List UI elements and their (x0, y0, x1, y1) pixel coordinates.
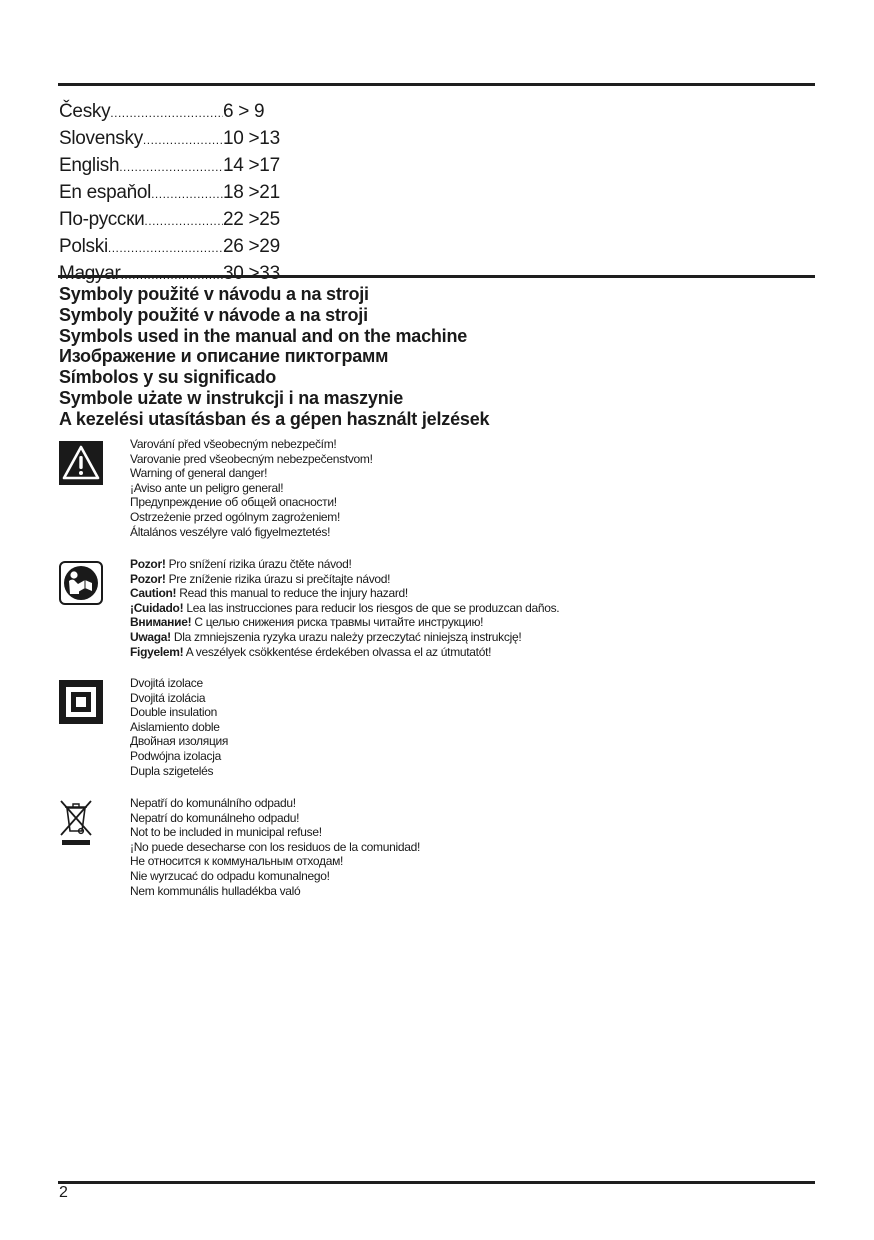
description-line: Varovanie pred všeobecným nebezpečenstvo… (130, 452, 373, 467)
heading-czech: Symboly použité v návodu a na stroji (59, 284, 489, 305)
heading-spanish: Símbolos y su significado (59, 367, 489, 388)
symbol-description: Pozor! Pro snížení rizika úrazu čtěte ná… (130, 557, 559, 659)
toc-page-range: 14 >17 (223, 153, 289, 178)
toc-language: Magyar (59, 261, 121, 286)
top-rule (58, 83, 815, 86)
double-insulation-icon (59, 680, 103, 724)
table-of-contents: Česky6 > 9 Slovensky10 >13 English14 >17… (59, 99, 289, 288)
description-line: Nie wyrzucać do odpadu komunalnego! (130, 869, 420, 884)
crossed-bin-icon (59, 798, 103, 842)
toc-page-range: 18 >21 (223, 180, 289, 205)
toc-language: Česky (59, 99, 110, 124)
description-line: Pozor! Pro snížení rizika úrazu čtěte ná… (130, 557, 559, 572)
description-line: Двойная изоляция (130, 734, 228, 749)
toc-leader (110, 101, 223, 126)
toc-page-range: 30 >33 (223, 261, 289, 286)
section-rule (58, 275, 815, 278)
description-line: Nem kommunális hulladékba való (130, 884, 420, 899)
toc-entry[interactable]: Slovensky10 >13 (59, 126, 289, 153)
toc-entry[interactable]: English14 >17 (59, 153, 289, 180)
footer-rule (58, 1181, 815, 1184)
description-line: Warning of general danger! (130, 466, 373, 481)
toc-entry[interactable]: По-русски22 >25 (59, 207, 289, 234)
description-line: Általános veszélyre való figyelmeztetés! (130, 525, 373, 540)
description-line: Caution! Read this manual to reduce the … (130, 586, 559, 601)
toc-leader (144, 209, 223, 234)
description-line: Figyelem! A veszélyek csökkentése érdeké… (130, 645, 559, 660)
symbols-headings: Symboly použité v návodu a na stroji Sym… (59, 284, 489, 430)
heading-hungarian: A kezelési utasításban és a gépen haszná… (59, 409, 489, 430)
heading-russian: Изображение и описание пиктограмм (59, 346, 489, 367)
description-line: Dvojitá izolace (130, 676, 228, 691)
toc-page-range: 22 >25 (223, 207, 289, 232)
toc-leader (143, 128, 223, 153)
description-line: Varování před všeobecným nebezpečím! (130, 437, 373, 452)
toc-leader (151, 182, 223, 207)
symbol-description: Nepatří do komunálního odpadu! Nepatrí d… (130, 796, 420, 898)
description-line: Dvojitá izolácia (130, 691, 228, 706)
description-line: Не относится к коммунальным отходам! (130, 854, 420, 869)
toc-leader (108, 236, 223, 261)
toc-leader (119, 155, 223, 180)
description-line: Предупреждение об общей опасности! (130, 495, 373, 510)
toc-page-range: 6 > 9 (223, 99, 289, 124)
toc-language: En espaňol (59, 180, 151, 205)
toc-entry[interactable]: Česky6 > 9 (59, 99, 289, 126)
toc-language: Slovensky (59, 126, 143, 151)
symbol-description: Varování před všeobecným nebezpečím! Var… (130, 437, 373, 539)
heading-english: Symbols used in the manual and on the ma… (59, 326, 489, 347)
toc-language: English (59, 153, 119, 178)
description-line: Nepatrí do komunálneho odpadu! (130, 811, 420, 826)
toc-page-range: 10 >13 (223, 126, 289, 151)
description-line: Pozor! Pre zníženie rizika úrazu si preč… (130, 572, 559, 587)
description-line: Double insulation (130, 705, 228, 720)
heading-slovak: Symboly použité v návode a na stroji (59, 305, 489, 326)
description-line: Nepatří do komunálního odpadu! (130, 796, 420, 811)
toc-language: По-русски (59, 207, 144, 232)
toc-page-range: 26 >29 (223, 234, 289, 259)
description-line: Внимание! С целью снижения риска травмы … (130, 615, 559, 630)
read-manual-icon (59, 561, 103, 605)
page-number: 2 (59, 1184, 68, 1202)
description-line: Ostrzeżenie przed ogólnym zagrożeniem! (130, 510, 373, 525)
description-line: Not to be included in municipal refuse! (130, 825, 420, 840)
description-line: ¡Cuidado! Lea las instrucciones para red… (130, 601, 559, 616)
warning-triangle-icon (59, 441, 103, 485)
description-line: Aislamiento doble (130, 720, 228, 735)
description-line: Podwójna izolacja (130, 749, 228, 764)
toc-language: Polski (59, 234, 108, 259)
heading-polish: Symbole użate w instrukcji i na maszynie (59, 388, 489, 409)
symbol-description: Dvojitá izolace Dvojitá izolácia Double … (130, 676, 228, 778)
description-line: Dupla szigetelés (130, 764, 228, 779)
description-line: ¡No puede desecharse con los residuos de… (130, 840, 420, 855)
description-line: ¡Aviso ante un peligro general! (130, 481, 373, 496)
description-line: Uwaga! Dla zmniejszenia ryzyka urazu nal… (130, 630, 559, 645)
toc-entry[interactable]: En espaňol18 >21 (59, 180, 289, 207)
toc-entry[interactable]: Polski26 >29 (59, 234, 289, 261)
